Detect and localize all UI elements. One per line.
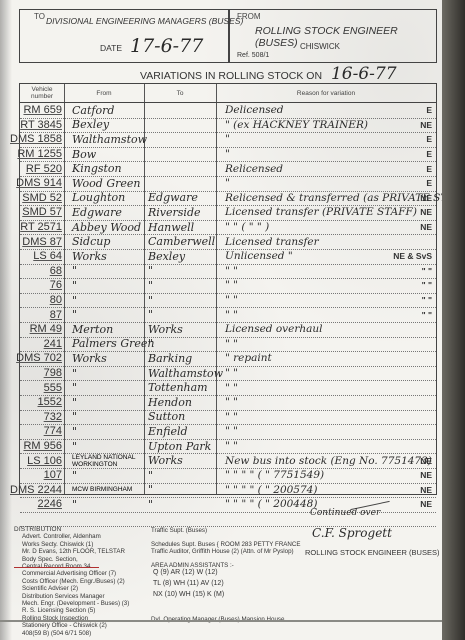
table-row: DMS 87SidcupCamberwellLicensed transfer [20,234,436,250]
variations-table: Vehicle number From To Reason for variat… [19,83,437,495]
column-header-vehicle: Vehicle number [20,84,64,102]
vehicle-number: DMS 87 [22,234,62,249]
vehicle-number: SMD 52 [22,191,62,206]
vehicle-number: RM 49 [22,322,62,337]
vehicle-number: 80 [22,293,62,308]
distribution-item: NX (10) WH (15) K (M) [151,591,300,599]
table-row: 732"Sutton" " [20,410,436,426]
vehicle-number: DMS 2244 [22,483,62,498]
distribution-item: Distribution Services Manager [14,593,129,600]
title-text: VARIATIONS IN ROLLING STOCK ON [140,70,322,82]
to-garage [148,161,216,176]
status-code [392,322,432,337]
table-row: RM 956"Upton Park" " [20,439,436,455]
from-garage: Walthamstow [72,132,142,147]
reason: " " [225,424,410,439]
from-garage: " [72,424,142,439]
reason: Licensed transfer (PRIVATE STAFF) [225,205,410,220]
header-box: TO DIVISIONAL ENGINEERING MANAGERS (BUSE… [19,9,437,63]
status-code: NE [392,220,432,235]
table-row: RT 2571Abbey WoodHanwell" " ( " " )NE [20,220,436,236]
from-garage: Merton [72,322,142,337]
from-garage: Abbey Wood [72,220,142,235]
from-value: ROLLING STOCK ENGINEER (BUSES) [255,25,436,49]
reason: " repaint [225,351,410,366]
reason: " " [225,410,410,425]
from-garage: " [72,293,142,308]
status-code [392,337,432,352]
distribution-item: Traffic Auditor, Griffith House (2) (Att… [151,548,300,556]
vehicle-number: 68 [22,264,62,279]
to-garage: Walthamstow [148,366,216,381]
from-garage: " [72,278,142,293]
from-garage: " [72,366,142,381]
to-garage: " [148,278,216,293]
reason: " " [225,264,410,279]
table-row: 76""" "" " [20,278,436,294]
from-garage: Palmers Green [72,337,142,352]
from-garage: Bow [72,147,142,162]
status-code: " " [392,293,432,308]
from-garage: Catford [72,103,142,118]
table-row: 107""" " " " ( " 7751549)NE [20,468,436,484]
distribution-item: R. S. Licensing Section (5) [14,607,129,614]
reason: " " [225,307,410,322]
table-row: LS 106LEYLAND NATIONAL WORKINGTONWorksNe… [20,453,436,469]
from-garage: " [72,468,142,483]
reason: " " [225,439,410,454]
reason: " " [225,337,410,352]
reason: " [225,132,410,147]
status-code [392,424,432,439]
to-garage: Barking [148,351,216,366]
status-code: E [392,176,432,191]
table-row: RT 3845Bexley" (ex HACKNEY TRAINER)NE [20,118,436,134]
distribution-item: Mech. Engr. (Development - Buses) (3) [14,600,129,607]
reason: " " ( " " ) [225,220,410,235]
table-row: RM 659CatfordDelicensedE [20,103,436,119]
signature: C.F. Sprogett [312,526,392,540]
distribution-heading: DISTRIBUTION [14,526,129,533]
to-garage: Tottenham [148,380,216,395]
to-garage [148,176,216,191]
from-garage: " [72,307,142,322]
table-row: 87""" "" " [20,307,436,323]
table-header: Vehicle number From To Reason for variat… [20,84,436,103]
from-garage: LEYLAND NATIONAL WORKINGTON [72,453,142,468]
vehicle-number: RM 659 [22,103,62,118]
table-row: 555"Tottenham" " [20,380,436,396]
vehicle-number: 774 [22,424,62,439]
from-garage: MCW BIRMINGHAM [72,483,142,498]
from-garage: Bexley [72,118,142,133]
table-row: DMS 702WorksBarking" repaint [20,351,436,367]
from-garage: Edgware [72,205,142,220]
to-garage: " [148,483,216,498]
table-row: RF 520KingstonRelicensedE [20,161,436,177]
reason: " " [225,395,410,410]
distribution-item: TL (8) WH (11) AV (12) [151,580,300,588]
page-title: VARIATIONS IN ROLLING STOCK ON 16-6-77 [140,64,397,84]
reason: " [225,176,410,191]
from-location: CHISWICK [300,42,340,51]
vehicle-number: 555 [22,380,62,395]
distribution-item: Body Spec. Section, [14,556,129,563]
from-garage: " [72,264,142,279]
vehicle-number: 2246 [22,497,62,512]
vehicle-number: 798 [22,366,62,381]
table-row: 1552"Hendon" " [20,395,436,411]
status-code [392,439,432,454]
status-code: NE [392,468,432,483]
to-garage: " [148,264,216,279]
table-row: 798"Walthamstow" " [20,366,436,382]
distribution-item: Stationery Office - Chiswick (2) [14,622,129,629]
vehicle-number: DMS 702 [22,351,62,366]
status-code: " " [392,264,432,279]
status-code: NE [392,118,432,133]
status-code: NE [392,483,432,498]
column-header-from: From [64,84,144,102]
continued-over-note: Continued over [310,508,380,518]
status-code: E [392,132,432,147]
distribution-item: AREA ADMIN ASSISTANTS :- [151,562,300,570]
distribution-item: Scientific Adviser (2) [14,585,129,592]
reason: " " " " ( " 200574) [225,483,410,498]
vehicle-number: RM 956 [22,439,62,454]
from-garage: Loughton [72,191,142,206]
to-garage: Upton Park [148,439,216,454]
status-code: NE & SvS [392,249,432,264]
vehicle-number: 87 [22,307,62,322]
vehicle-number: LS 64 [22,249,62,264]
scan-background [442,0,465,640]
distribution-item: Commercial Advertising Officer (7) [14,570,129,577]
to-garage [148,118,216,133]
table-row: DMS 914Wood Green"E [20,176,436,192]
table-row: 80""" "" " [20,293,436,309]
signatory-title: ROLLING STOCK ENGINEER (BUSES) [305,548,439,557]
reason: Relicensed [225,161,410,176]
table-row: DMS 1858Walthamstow"E [20,132,436,148]
to-garage: " [148,497,216,512]
distribution-item: Schedules Supt. Buses { ROOM 283 PETTY F… [151,541,300,549]
distribution-item: Q (9) AR (12) W (12) [151,569,300,577]
vehicle-number: RM 1255 [22,147,62,162]
reason: Licensed transfer [225,234,410,249]
from-label: FROM [237,12,261,21]
table-row: SMD 57EdgwareRiversideLicensed transfer … [20,205,436,221]
to-garage: Enfield [148,424,216,439]
reason: Relicensed & transferred (as PRIVATE STA… [225,191,410,206]
reason: " " [225,293,410,308]
vehicle-number: 732 [22,410,62,425]
table-row: RM 1255Bow"E [20,147,436,163]
to-garage: " [148,468,216,483]
reason: " " [225,380,410,395]
vehicle-number: SMD 57 [22,205,62,220]
date-label: DATE [100,43,122,53]
reason: Unlicensed " [225,249,410,264]
distribution-item: Traffic Supt. (Buses) [151,527,300,535]
table-row: 241Palmers Green"" " [20,337,436,353]
reason: New bus into stock (Eng No. 7751473) [225,453,410,468]
to-garage: Bexley [148,249,216,264]
status-code: NE [392,453,432,468]
reason: Delicensed [225,103,410,118]
status-code: " " [392,278,432,293]
status-code [392,410,432,425]
to-garage: " [148,307,216,322]
vehicle-number: DMS 914 [22,176,62,191]
table-row: DMS 2244MCW BIRMINGHAM"" " " " ( " 20057… [20,483,436,499]
red-underline-mark [14,567,99,568]
to-garage: Edgware [148,191,216,206]
status-code [392,234,432,249]
from-garage: Works [72,351,142,366]
date-value: 17-6-77 [130,35,203,57]
to-garage: Hanwell [148,220,216,235]
table-row: 774"Enfield" " [20,424,436,440]
distribution-item: Mr. D Evans, 12th FLOOR, TELSTAR [14,548,129,555]
to-garage: Hendon [148,395,216,410]
distribution-item: Costs Officer (Mech. Engr./Buses) (2) [14,578,129,585]
status-code [392,395,432,410]
status-code [392,351,432,366]
table-row: RM 49MertonWorksLicensed overhaul [20,322,436,338]
vehicle-number: DMS 1858 [22,132,62,147]
to-value: DIVISIONAL ENGINEERING MANAGERS (BUSES) [46,16,243,26]
vehicle-number: 1552 [22,395,62,410]
to-garage [148,147,216,162]
status-code: E [392,147,432,162]
status-code: E [392,103,432,118]
reason: " " [225,278,410,293]
vehicle-number: 107 [22,468,62,483]
status-code [392,366,432,381]
from-garage: Kingston [72,161,142,176]
status-code [392,380,432,395]
to-garage: Camberwell [148,234,216,249]
status-code: NE [392,191,432,206]
from-garage: " [72,439,142,454]
reference-number: Ref. 508/1 [237,52,269,59]
vehicle-number: 76 [22,278,62,293]
to-garage: Works [148,453,216,468]
to-garage: Riverside [148,205,216,220]
from-garage: Wood Green [72,176,142,191]
from-garage: " [72,410,142,425]
status-code: " " [392,307,432,322]
to-garage: " [148,293,216,308]
table-row: LS 64WorksBexleyUnlicensed "NE & SvS [20,249,436,265]
distribution-item: Advert. Controller, Aldenham [14,533,129,540]
from-garage: " [72,395,142,410]
to-garage: Sutton [148,410,216,425]
vehicle-number: RT 2571 [22,220,62,235]
vehicle-number: LS 106 [22,453,62,468]
to-garage [148,132,216,147]
status-code: NE [392,497,432,512]
to-label: TO [34,12,45,21]
vehicle-number: RF 520 [22,161,62,176]
from-garage: " [72,497,142,512]
reason: " [225,147,410,162]
distribution-item: Works Secty. Chiswick (1) [14,541,129,548]
title-date: 16-6-77 [331,64,397,84]
scan-shadow [0,0,12,640]
column-header-reason: Reason for variation [216,84,436,102]
to-garage [148,103,216,118]
table-row: SMD 52LoughtonEdgwareRelicensed & transf… [20,191,436,207]
from-garage: Works [72,249,142,264]
page-edge [0,620,442,622]
reason: " " " " ( " 7751549) [225,468,410,483]
distribution-item: 408(59 B) (504 6/71 508) [14,630,129,637]
document-page: TO DIVISIONAL ENGINEERING MANAGERS (BUSE… [0,0,442,640]
column-header-to: To [144,84,216,102]
to-garage: " [148,337,216,352]
from-garage: Sidcup [72,234,142,249]
reason: " (ex HACKNEY TRAINER) [225,118,410,133]
vehicle-number: 241 [22,337,62,352]
table-row: 68""" "" " [20,264,436,280]
reason: " " [225,366,410,381]
to-garage: Works [148,322,216,337]
from-garage: " [72,380,142,395]
vehicle-number: RT 3845 [22,118,62,133]
distribution-list-right: Traffic Supt. (Buses) Schedules Supt. Bu… [151,527,300,624]
reason: Licensed overhaul [225,322,410,337]
status-code: NE [392,205,432,220]
status-code: E [392,161,432,176]
